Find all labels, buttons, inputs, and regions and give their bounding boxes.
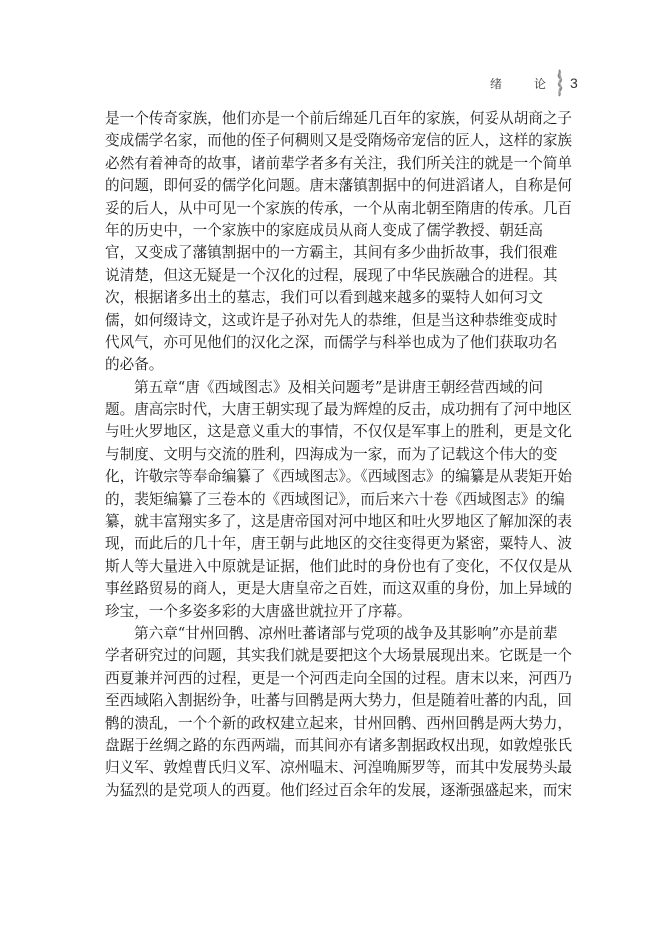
text-line: 现，而此后的几十年，唐王朝与此地区的交往变得更为紧密，粟特人、波	[105, 533, 543, 555]
body-text: 是一个传奇家族，他们亦是一个前后绵延几百年的家族，何妥从胡商之子 变成儒学名家，…	[105, 108, 543, 802]
page-number: 3	[570, 75, 578, 91]
text-line: 的问题，即何妥的儒学化问题。唐末藩镇割据中的何进滔诸人，自称是何	[105, 175, 543, 197]
decorative-ornament-icon	[554, 69, 566, 97]
text-line: 与吐火罗地区，这是意义重大的事情，不仅仅是军事上的胜利，更是文化	[105, 421, 543, 443]
text-line: 代风气，亦可见他们的汉化之深，而儒学与科举也成为了他们获取功名	[105, 332, 543, 354]
text-line: 官，又变成了藩镇割据中的一方霸主，其间有多少曲折故事，我们很难	[105, 242, 543, 264]
text-line: 盘踞于丝绸之路的东西两端，而其间亦有诸多割据政权出现，如敦煌张氏	[105, 735, 543, 757]
text-line: 鹘的溃乱，一个个新的政权建立起来，甘州回鹘、西州回鹘是两大势力，	[105, 713, 543, 735]
text-line: 事丝路贸易的商人，更是大唐皇帝之百姓，而这双重的身份，加上异域的	[105, 578, 543, 600]
text-line: 纂，就丰富翔实多了，这是唐帝国对河中地区和吐火罗地区了解加深的表	[105, 511, 543, 533]
text-line: 必然有着神奇的故事，诸前辈学者多有关注，我们所关注的就是一个简单	[105, 153, 543, 175]
text-line: 是一个传奇家族，他们亦是一个前后绵延几百年的家族，何妥从胡商之子	[105, 108, 543, 130]
text-line: 妥的后人，从中可见一个家族的传承，一个从南北朝至隋唐的传承。几百	[105, 198, 543, 220]
text-line: 次，根据诸多出土的墓志，我们可以看到越来越多的粟特人如何习文	[105, 287, 543, 309]
text-line: 西夏兼并河西的过程，更是一个河西走向全国的过程。唐末以来，河西乃	[105, 668, 543, 690]
text-line: 第五章“唐《西域图志》及相关问题考”是讲唐王朝经营西域的问	[105, 377, 543, 399]
text-line: 珍宝，一个多姿多彩的大唐盛世就拉开了序幕。	[105, 601, 543, 623]
text-line: 年的历史中，一个家族中的家庭成员从商人变成了儒学教授、朝廷高	[105, 220, 543, 242]
text-line: 的必备。	[105, 354, 543, 376]
text-line: 归义军、敦煌曹氏归义军、凉州嗢末、河湟唃厮罗等，而其中发展势头最	[105, 757, 543, 779]
paragraph-2: 第五章“唐《西域图志》及相关问题考”是讲唐王朝经营西域的问 题。唐高宗时代，大唐…	[105, 377, 543, 623]
text-line: 第六章“甘州回鹘、凉州吐蕃诸部与党项的战争及其影响”亦是前辈	[105, 623, 543, 645]
text-line: 至西域陷入割据纷争，吐蕃与回鹘是两大势力，但是随着吐蕃的内乱，回	[105, 690, 543, 712]
header-title-char-2: 论	[534, 75, 546, 92]
text-line: 为猛烈的是党项人的西夏。他们经过百余年的发展，逐渐强盛起来，而宋	[105, 780, 543, 802]
text-line: 化，许敬宗等奉命编纂了《西域图志》。《西域图志》的编纂是从裴矩开始	[105, 466, 543, 488]
text-line: 变成儒学名家，而他的侄子何稠则又是受隋炀帝宠信的匠人，这样的家族	[105, 130, 543, 152]
paragraph-1: 是一个传奇家族，他们亦是一个前后绵延几百年的家族，何妥从胡商之子 变成儒学名家，…	[105, 108, 543, 377]
paragraph-3: 第六章“甘州回鹘、凉州吐蕃诸部与党项的战争及其影响”亦是前辈 学者研究过的问题，…	[105, 623, 543, 802]
text-line: 与制度、文明与交流的胜利，四海成为一家，而为了记载这个伟大的变	[105, 444, 543, 466]
text-line: 题。唐高宗时代，大唐王朝实现了最为辉煌的反击，成功拥有了河中地区	[105, 399, 543, 421]
text-line: 儒，如何缀诗文，这或许是子孙对先人的恭维，但是当这种恭维变成时	[105, 310, 543, 332]
header-title-char-1: 绪	[490, 75, 502, 92]
text-line: 学者研究过的问题，其实我们就是要把这个大场景展现出来。它既是一个	[105, 645, 543, 667]
running-header: 绪 论 3	[490, 72, 578, 94]
text-line: 说清楚，但这无疑是一个汉化的过程，展现了中华民族融合的进程。其	[105, 265, 543, 287]
text-line: 斯人等大量进入中原就是证据，他们此时的身份也有了变化，不仅仅是从	[105, 556, 543, 578]
text-line: 的，裴矩编纂了三卷本的《西域图记》，而后来六十卷《西域图志》的编	[105, 489, 543, 511]
